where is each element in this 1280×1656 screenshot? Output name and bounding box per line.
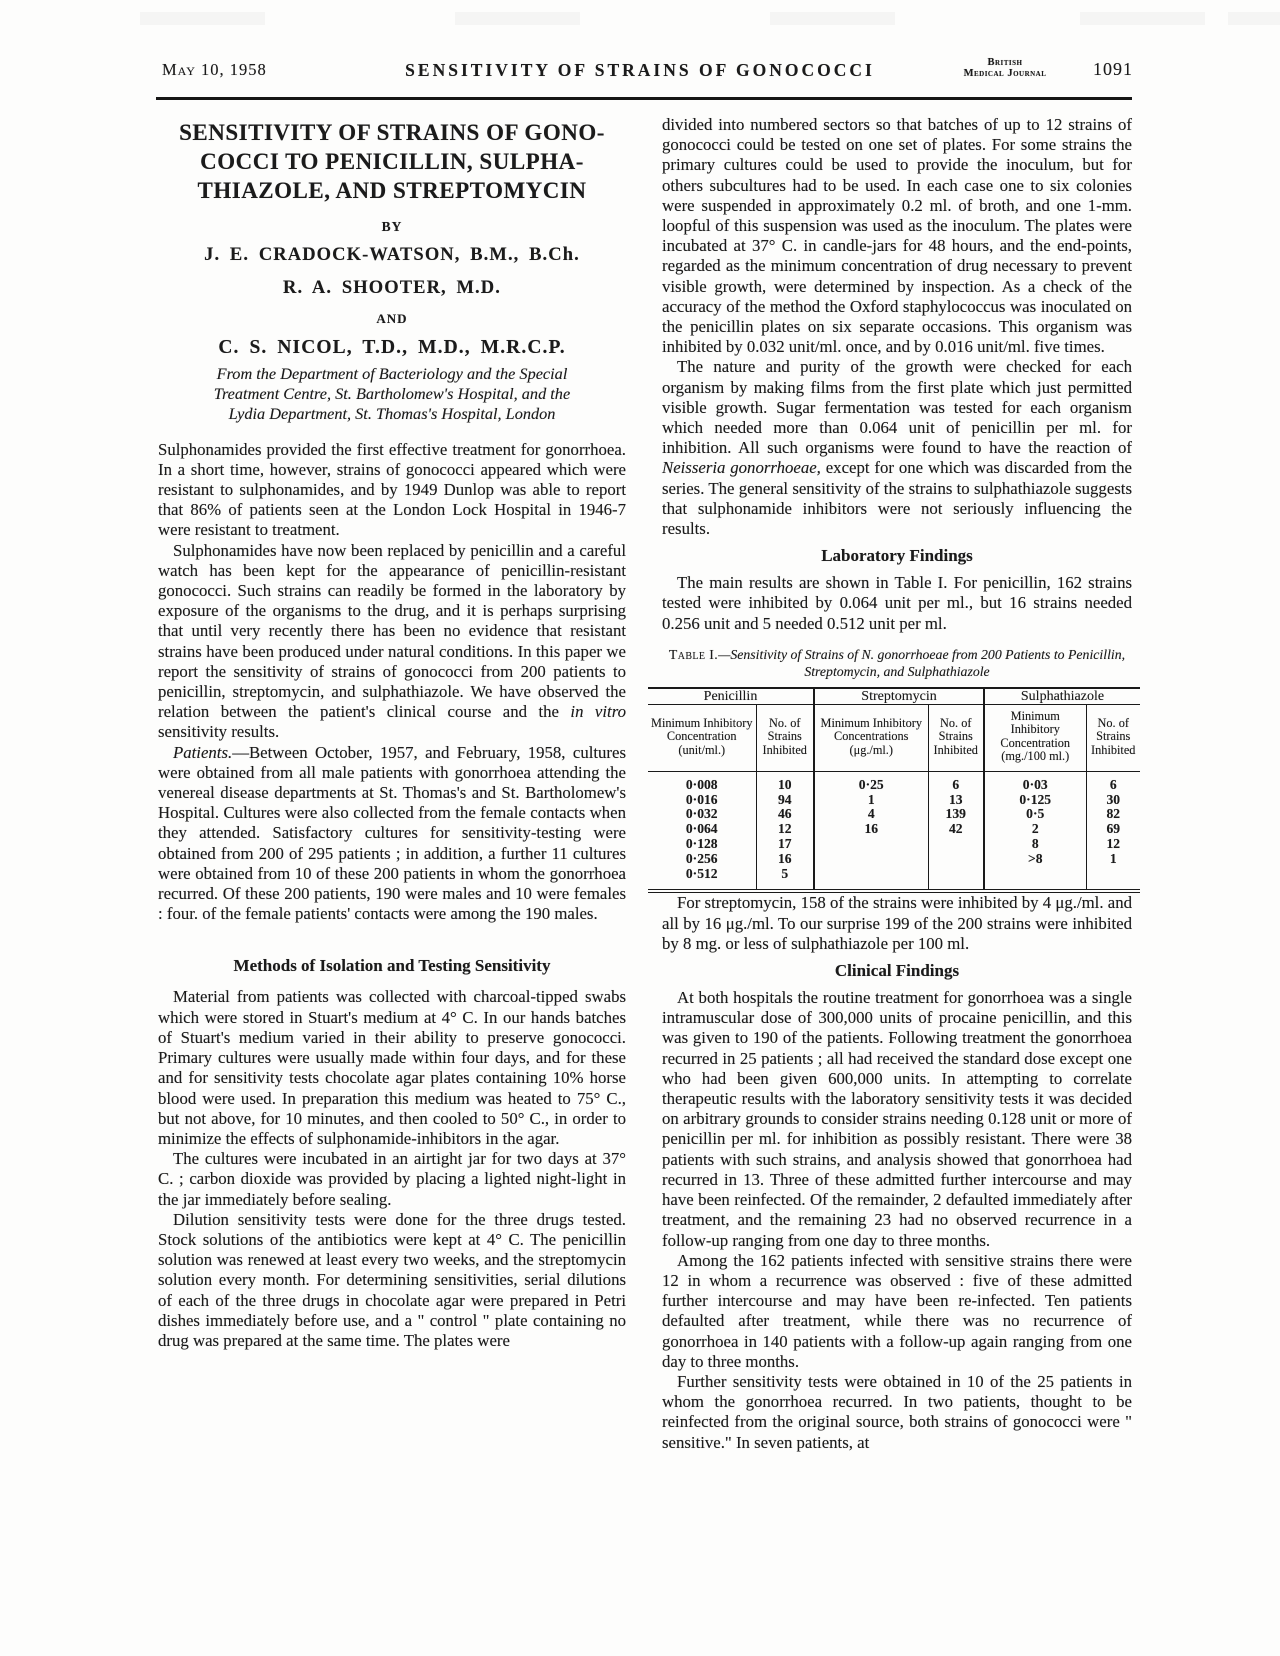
table-cell: 16 xyxy=(814,822,928,837)
group-streptomycin: Streptomycin xyxy=(814,688,984,705)
table-cell xyxy=(928,852,984,867)
species-name-italic: Neisseria gonorrhoeae, xyxy=(662,458,821,477)
table-cell: 0·25 xyxy=(814,771,928,792)
table-cell: 0·064 xyxy=(648,822,756,837)
table-row: 0·0324641390·582 xyxy=(648,807,1140,822)
table-cell: 82 xyxy=(1086,807,1140,822)
group-penicillin: Penicillin xyxy=(648,688,814,705)
paragraph-main-results: The main results are shown in Table I. F… xyxy=(662,573,1132,634)
col-header-pen-strains: No. of Strains Inhibited xyxy=(756,704,814,771)
paragraph-streptomycin-summary: For streptomycin, 158 of the strains wer… xyxy=(662,893,1132,954)
table-cell xyxy=(984,867,1086,892)
table-cell: 42 xyxy=(928,822,984,837)
and-label: AND xyxy=(158,312,626,325)
paragraph-cultures-incubated: The cultures were incubated in an airtig… xyxy=(158,1149,626,1210)
affiliation: From the Department of Bacteriology and … xyxy=(158,364,626,425)
methods-heading: Methods of Isolation and Testing Sensiti… xyxy=(158,956,626,976)
affiliation-line2: Treatment Centre, St. Bartholomew's Hosp… xyxy=(158,384,626,404)
table-cell: 46 xyxy=(756,807,814,822)
table-row: 0·5125 xyxy=(648,867,1140,892)
author-2: R. A. SHOOTER, M.D. xyxy=(158,278,626,299)
paragraph-replaced-by-penicillin: Sulphonamides have now been replaced by … xyxy=(158,541,626,743)
paragraph-text: Sulphonamides have now been replaced by … xyxy=(158,541,626,722)
table-cell: 30 xyxy=(1086,793,1140,808)
scan-artifact xyxy=(1080,12,1205,25)
col-header-strep-mic: Minimum Inhibitory Concentrations (μg./m… xyxy=(814,704,928,771)
table-cell: 16 xyxy=(756,852,814,867)
paragraph-dilution-tests: Dilution sensitivity tests were done for… xyxy=(158,1210,626,1351)
table-cell: 6 xyxy=(928,771,984,792)
table-cell: >8 xyxy=(984,852,1086,867)
article-title-line3: THIAZOLE, AND STREPTOMYCIN xyxy=(158,176,626,205)
table-cell: 0·032 xyxy=(648,807,756,822)
table-cell: 94 xyxy=(756,793,814,808)
paragraph-text: sensitivity results. xyxy=(158,722,279,741)
table-cell: 0·5 xyxy=(984,807,1086,822)
article-title: SENSITIVITY OF STRAINS OF GONO- COCCI TO… xyxy=(158,118,626,205)
col-header-sulph-strains: No. of Strains Inhibited xyxy=(1086,704,1140,771)
paragraph-nature-purity: The nature and purity of the growth were… xyxy=(662,357,1132,539)
paragraph-intro: Sulphonamides provided the first effecti… xyxy=(158,440,626,541)
table-cell xyxy=(928,867,984,892)
paragraph-routine-treatment: At both hospitals the routine treatment … xyxy=(662,988,1132,1251)
table-cell xyxy=(928,837,984,852)
group-sulphathiazole: Sulphathiazole xyxy=(984,688,1140,705)
journal-name: British Medical Journal xyxy=(930,58,1080,79)
paragraph-further-tests: Further sensitivity tests were obtained … xyxy=(662,1372,1132,1453)
author-1: J. E. CRADOCK-WATSON, B.M., B.Ch. xyxy=(158,245,626,266)
table-cell: 0·016 xyxy=(648,793,756,808)
paragraph-text: The nature and purity of the growth were… xyxy=(662,357,1132,457)
paragraph-material: Material from patients was collected wit… xyxy=(158,987,626,1149)
table-cell: 0·008 xyxy=(648,771,756,792)
patients-lead-italic: Patients. xyxy=(173,743,232,762)
article-title-line2: COCCI TO PENICILLIN, SULPHA- xyxy=(158,147,626,176)
table-cell: 17 xyxy=(756,837,814,852)
table-caption: Table I.—Sensitivity of Strains of N. go… xyxy=(662,646,1132,680)
table-cell xyxy=(814,837,928,852)
table-cell: 10 xyxy=(756,771,814,792)
col-header-strep-strains: No. of Strains Inhibited xyxy=(928,704,984,771)
scan-artifact xyxy=(1228,12,1280,25)
header-rule xyxy=(156,97,1132,100)
table-row: 0·016941130·12530 xyxy=(648,793,1140,808)
right-column: divided into numbered sectors so that ba… xyxy=(662,110,1132,1453)
journal-page: May 10, 1958 SENSITIVITY OF STRAINS OF G… xyxy=(0,0,1280,1656)
sensitivity-table: Penicillin Streptomycin Sulphathiazole M… xyxy=(648,687,1140,894)
table-cell: 12 xyxy=(1086,837,1140,852)
table-cell: 5 xyxy=(756,867,814,892)
table-cell: 0·03 xyxy=(984,771,1086,792)
scan-artifact xyxy=(770,12,895,25)
scan-artifact xyxy=(455,12,580,25)
laboratory-findings-heading: Laboratory Findings xyxy=(662,546,1132,566)
table-row: 0·008100·2560·036 xyxy=(648,771,1140,792)
article-title-line1: SENSITIVITY OF STRAINS OF GONO- xyxy=(158,118,626,147)
table-cell: 8 xyxy=(984,837,1086,852)
scan-artifact xyxy=(140,12,265,25)
paragraph-divided-sectors: divided into numbered sectors so that ba… xyxy=(662,115,1132,357)
table-cell: 4 xyxy=(814,807,928,822)
col-header-pen-mic: Minimum Inhibitory Concentration (unit/m… xyxy=(648,704,756,771)
paragraph-text: —Between October, 1957, and February, 19… xyxy=(158,743,626,924)
table-caption-text: —Sensitivity of Strains of N. gonorrhoea… xyxy=(718,647,1125,679)
in-vitro-italic: in vitro xyxy=(570,702,626,721)
col-header-sulph-mic: Minimum Inhibitory Concentration (mg./10… xyxy=(984,704,1086,771)
affiliation-line3: Lydia Department, St. Thomas's Hospital,… xyxy=(158,404,626,424)
table-cell: 1 xyxy=(814,793,928,808)
table-cell: 1 xyxy=(1086,852,1140,867)
table-cell xyxy=(1086,867,1140,892)
table-group-row: Penicillin Streptomycin Sulphathiazole xyxy=(648,688,1140,705)
table-cell: 0·125 xyxy=(984,793,1086,808)
table-cell: 0·512 xyxy=(648,867,756,892)
table-cell: 139 xyxy=(928,807,984,822)
table-cell: 69 xyxy=(1086,822,1140,837)
by-label: BY xyxy=(158,220,626,234)
table-head: Penicillin Streptomycin Sulphathiazole M… xyxy=(648,688,1140,772)
journal-name-line1: British xyxy=(930,58,1080,69)
paragraph-patients: Patients.—Between October, 1957, and Feb… xyxy=(158,743,626,925)
journal-name-line2: Medical Journal xyxy=(930,69,1080,80)
left-column: SENSITIVITY OF STRAINS OF GONO- COCCI TO… xyxy=(158,112,626,1351)
table-body: 0·008100·2560·0360·016941130·125300·0324… xyxy=(648,771,1140,891)
page-number: 1091 xyxy=(1075,59,1133,80)
table-caption-label: Table I. xyxy=(669,647,718,662)
clinical-findings-heading: Clinical Findings xyxy=(662,961,1132,981)
table-cell xyxy=(814,867,928,892)
paragraph-among-162: Among the 162 patients infected with sen… xyxy=(662,1251,1132,1372)
table-cell: 13 xyxy=(928,793,984,808)
table-cell: 0·256 xyxy=(648,852,756,867)
table-cell: 2 xyxy=(984,822,1086,837)
table-row: 0·25616>81 xyxy=(648,852,1140,867)
table-subheader-row: Minimum Inhibitory Concentration (unit/m… xyxy=(648,704,1140,771)
table-cell: 0·128 xyxy=(648,837,756,852)
table-row: 0·064121642269 xyxy=(648,822,1140,837)
table-cell: 12 xyxy=(756,822,814,837)
table-cell: 6 xyxy=(1086,771,1140,792)
affiliation-line1: From the Department of Bacteriology and … xyxy=(158,364,626,384)
table-row: 0·12817812 xyxy=(648,837,1140,852)
author-3: C. S. NICOL, T.D., M.D., M.R.C.P. xyxy=(158,337,626,359)
table-cell xyxy=(814,852,928,867)
